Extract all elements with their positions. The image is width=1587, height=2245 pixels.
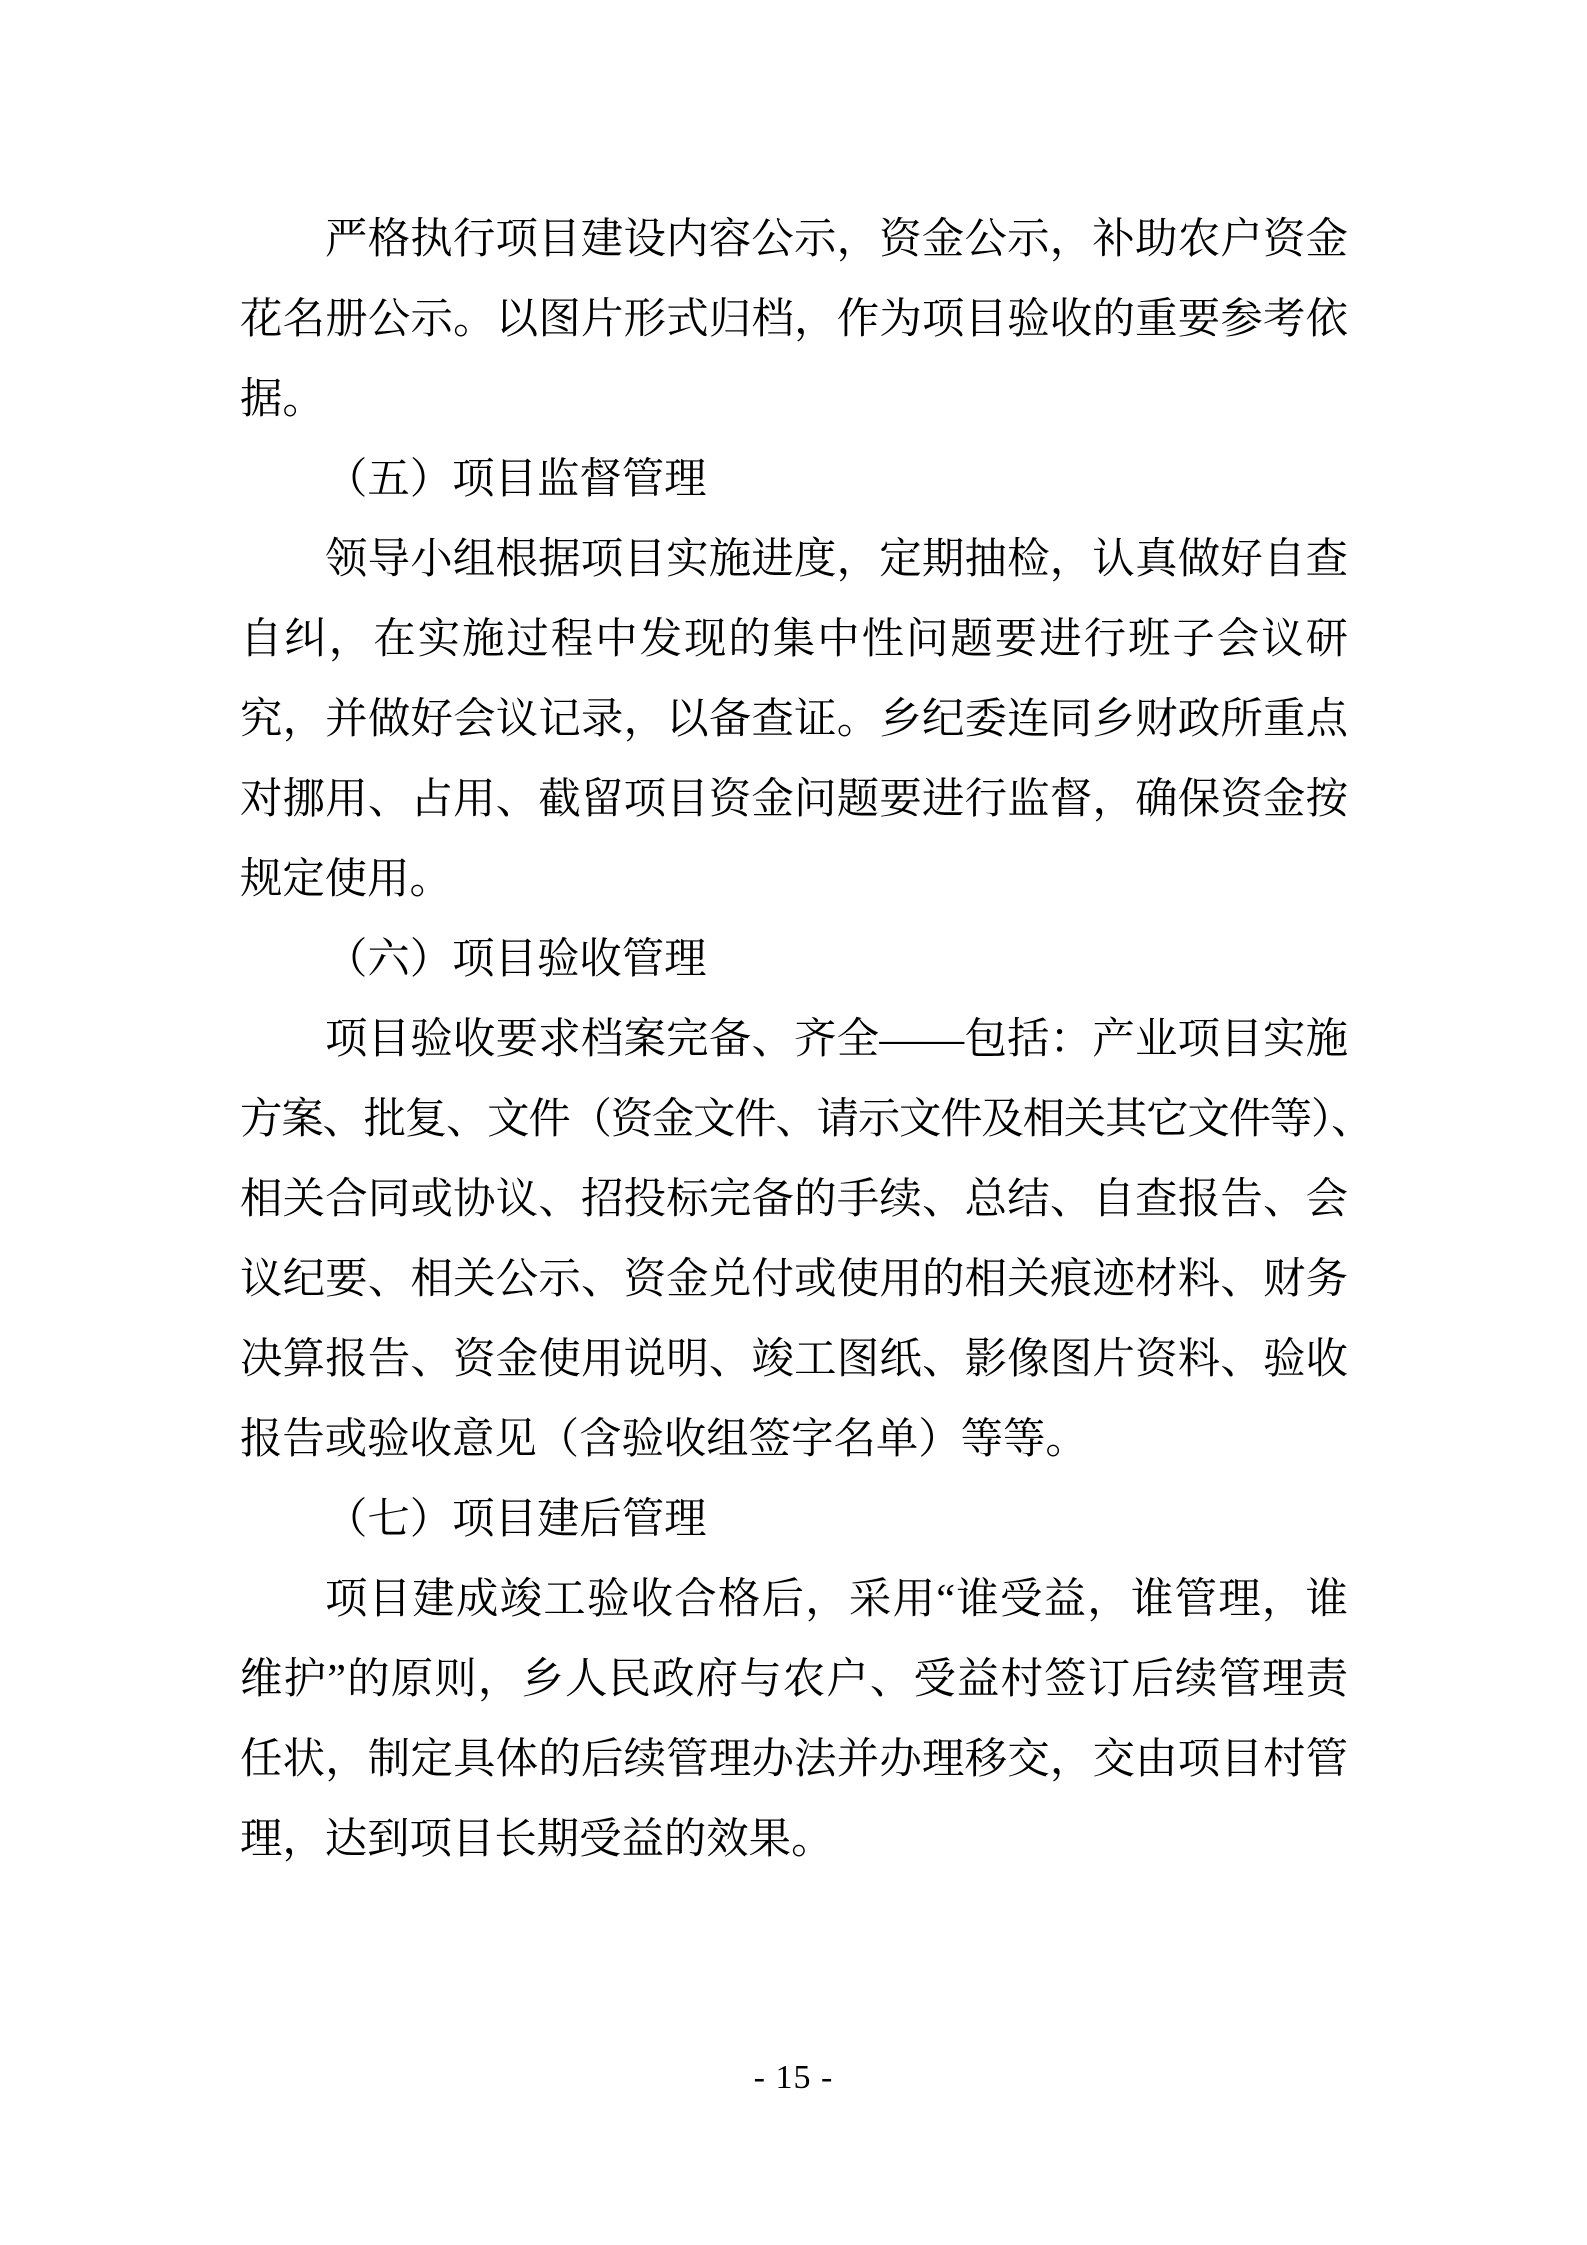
heading-line: （五）项目监督管理 xyxy=(240,440,1348,520)
text-line: 任状，制定具体的后续管理办法并办理移交，交由项目村管 xyxy=(240,1720,1348,1800)
text-line: 对挪用、占用、截留项目资金问题要进行监督，确保资金按 xyxy=(240,760,1348,840)
text-line: 规定使用。 xyxy=(240,840,1348,920)
paragraph: 项目建成竣工验收合格后，采用“谁受益，谁管理，谁维护”的原则，乡人民政府与农户、… xyxy=(240,1560,1348,1880)
paragraph: 领导小组根据项目实施进度，定期抽检，认真做好自查自纠，在实施过程中发现的集中性问… xyxy=(240,520,1348,920)
document-body: 严格执行项目建设内容公示，资金公示，补助农户资金花名册公示。以图片形式归档，作为… xyxy=(240,200,1348,1880)
document-page: 严格执行项目建设内容公示，资金公示，补助农户资金花名册公示。以图片形式归档，作为… xyxy=(0,0,1587,2245)
paragraph: 严格执行项目建设内容公示，资金公示，补助农户资金花名册公示。以图片形式归档，作为… xyxy=(240,200,1348,440)
section-heading: （六）项目验收管理 xyxy=(240,920,1348,1000)
heading-line: （七）项目建后管理 xyxy=(240,1480,1348,1560)
text-line: 项目建成竣工验收合格后，采用“谁受益，谁管理，谁 xyxy=(240,1560,1348,1640)
heading-line: （六）项目验收管理 xyxy=(240,920,1348,1000)
text-line: 花名册公示。以图片形式归档，作为项目验收的重要参考依 xyxy=(240,280,1348,360)
text-line: 究，并做好会议记录，以备查证。乡纪委连同乡财政所重点 xyxy=(240,680,1348,760)
page-number: - 15 - xyxy=(0,2056,1587,2100)
section-heading: （七）项目建后管理 xyxy=(240,1480,1348,1560)
section-heading: （五）项目监督管理 xyxy=(240,440,1348,520)
paragraph: 项目验收要求档案完备、齐全——包括：产业项目实施方案、批复、文件（资金文件、请示… xyxy=(240,1000,1348,1480)
text-line: 报告或验收意见（含验收组签字名单）等等。 xyxy=(240,1400,1348,1480)
text-line: 严格执行项目建设内容公示，资金公示，补助农户资金 xyxy=(240,200,1348,280)
text-line: 领导小组根据项目实施进度，定期抽检，认真做好自查 xyxy=(240,520,1348,600)
text-line: 议纪要、相关公示、资金兑付或使用的相关痕迹材料、财务 xyxy=(240,1240,1348,1320)
text-line: 项目验收要求档案完备、齐全——包括：产业项目实施 xyxy=(240,1000,1348,1080)
text-line: 相关合同或协议、招投标完备的手续、总结、自查报告、会 xyxy=(240,1160,1348,1240)
text-line: 据。 xyxy=(240,360,1348,440)
text-line: 决算报告、资金使用说明、竣工图纸、影像图片资料、验收 xyxy=(240,1320,1348,1400)
text-line: 理，达到项目长期受益的效果。 xyxy=(240,1800,1348,1880)
text-line: 维护”的原则，乡人民政府与农户、受益村签订后续管理责 xyxy=(240,1640,1348,1720)
text-line: 方案、批复、文件（资金文件、请示文件及相关其它文件等）、 xyxy=(240,1080,1348,1160)
text-line: 自纠，在实施过程中发现的集中性问题要进行班子会议研 xyxy=(240,600,1348,680)
